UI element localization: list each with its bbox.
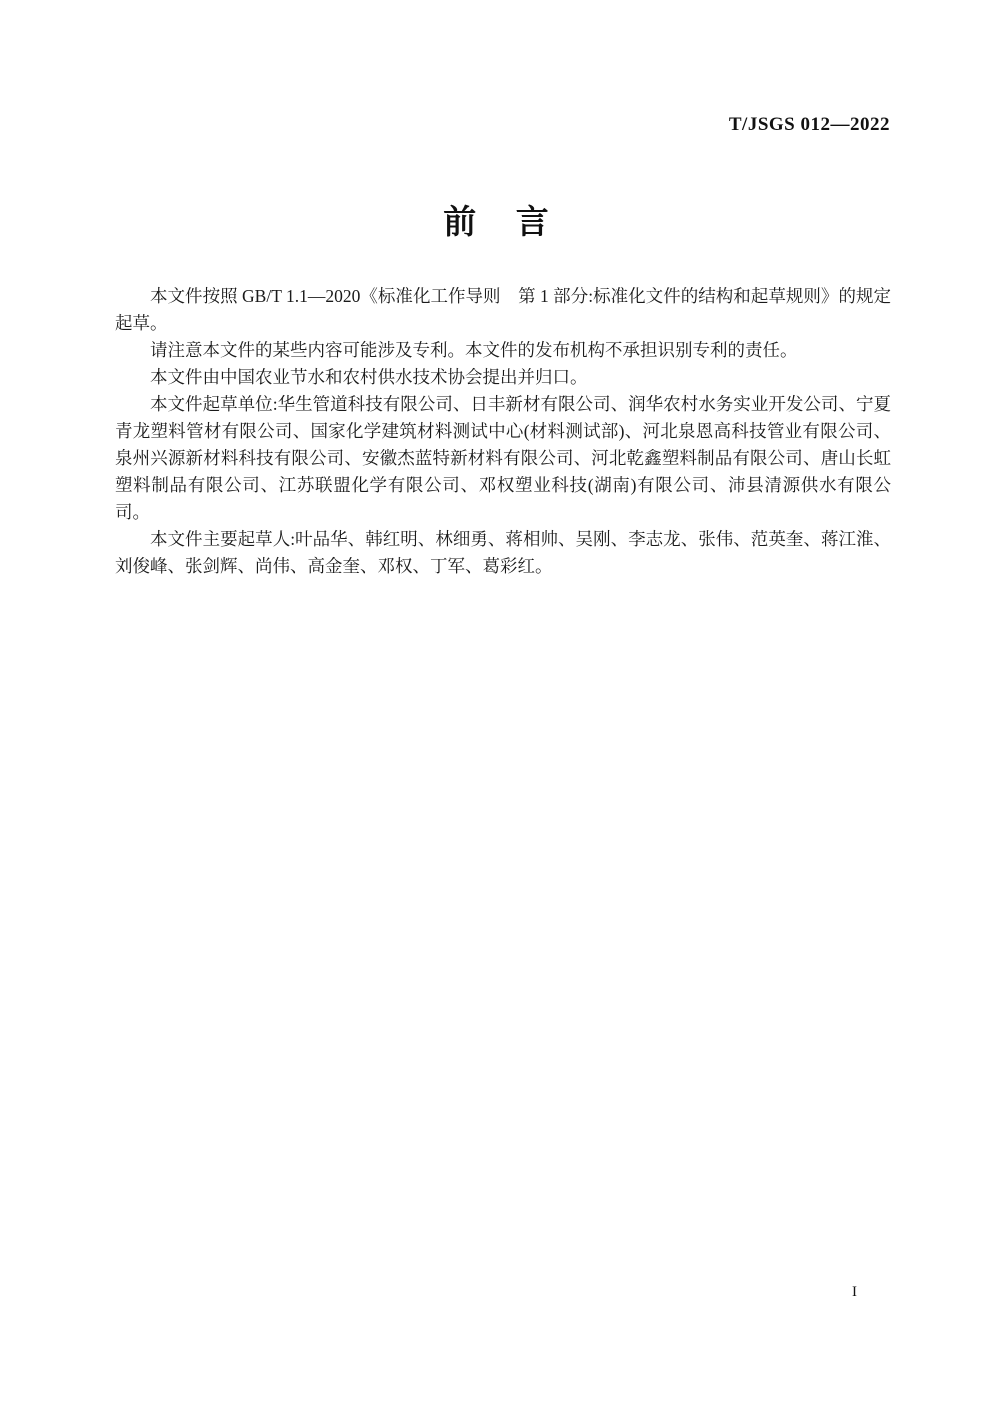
paragraph-proposing-body: 本文件由中国农业节水和农村供水技术协会提出并归口。	[115, 364, 891, 391]
paragraph-main-drafters: 本文件主要起草人:叶品华、韩红明、林细勇、蒋相帅、吴刚、李志龙、张伟、范英奎、蒋…	[115, 526, 891, 580]
page-number: I	[852, 1284, 857, 1301]
paragraph-patent-notice: 请注意本文件的某些内容可能涉及专利。本文件的发布机构不承担识别专利的责任。	[115, 337, 891, 364]
paragraph-drafting-rules: 本文件按照 GB/T 1.1—2020《标准化工作导则 第 1 部分:标准化文件…	[115, 283, 891, 337]
foreword-body: 本文件按照 GB/T 1.1—2020《标准化工作导则 第 1 部分:标准化文件…	[115, 283, 891, 580]
standard-number-header: T/JSGS 012—2022	[729, 114, 890, 136]
paragraph-drafting-organizations: 本文件起草单位:华生管道科技有限公司、日丰新材有限公司、润华农村水务实业开发公司…	[115, 391, 891, 526]
document-page: T/JSGS 012—2022 前言 本文件按照 GB/T 1.1—2020《标…	[0, 0, 992, 1403]
foreword-title: 前言	[0, 196, 992, 243]
